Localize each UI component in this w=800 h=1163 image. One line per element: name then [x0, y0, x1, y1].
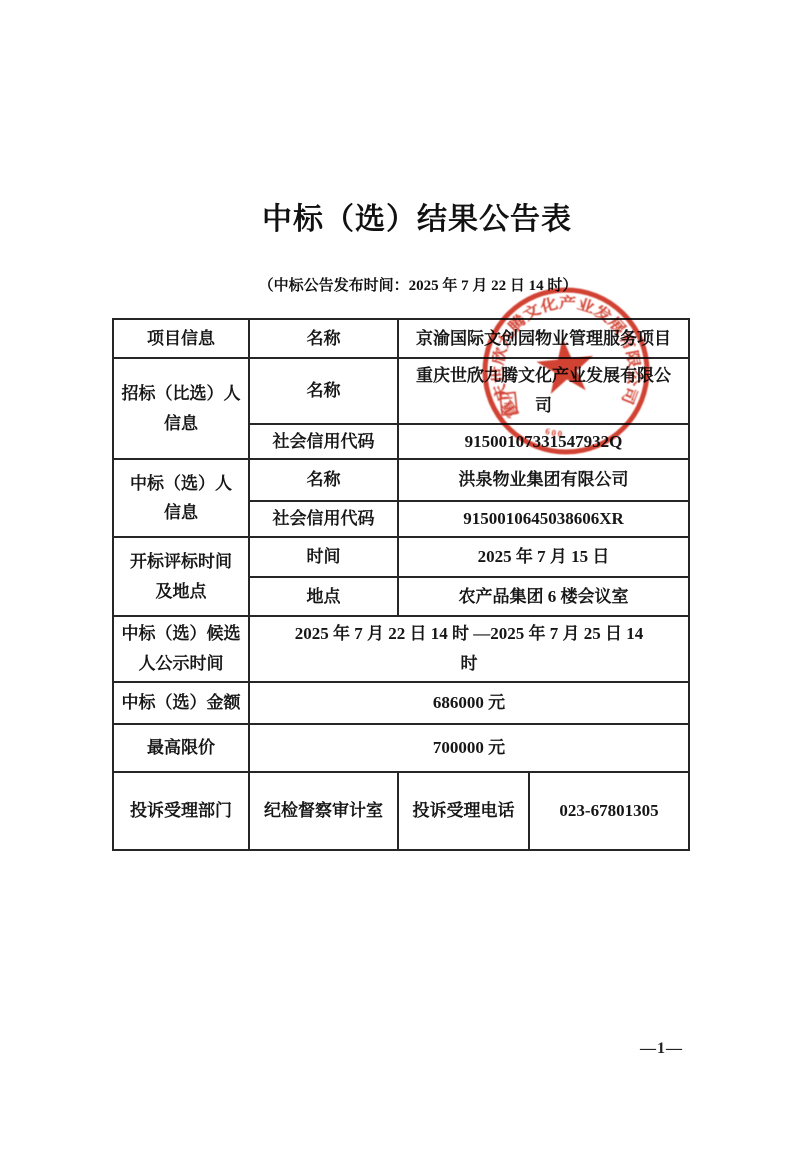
table-row: 开标评标时间 及地点 时间 2025 年 7 月 15 日 — [113, 537, 689, 577]
table-header-cell: 开标评标时间 及地点 — [113, 537, 249, 616]
table-header-cell: 中标（选）人 信息 — [113, 459, 249, 537]
field-value-cell: 700000 元 — [249, 724, 689, 772]
page-number: —1— — [640, 1040, 683, 1058]
table-row: 投诉受理部门 纪检督察审计室 投诉受理电话 023-67801305 — [113, 772, 689, 850]
field-label-cell: 名称 — [249, 319, 398, 358]
header-line: 招标（比选）人 — [122, 384, 241, 403]
header-line: 人公示时间 — [139, 654, 224, 673]
field-label-cell: 时间 — [249, 537, 398, 577]
table-row: 中标（选）候选 人公示时间 2025 年 7 月 22 日 14 时 —2025… — [113, 616, 689, 682]
header-line: 信息 — [164, 503, 198, 522]
header-line: 开标评标时间 — [130, 552, 232, 571]
field-label-cell: 名称 — [249, 459, 398, 501]
table-row: 中标（选）人 信息 名称 洪泉物业集团有限公司 — [113, 459, 689, 501]
value-line: 时 — [461, 654, 478, 673]
field-value-cell: 023-67801305 — [529, 772, 689, 850]
table-header-cell: 项目信息 — [113, 319, 249, 358]
field-label-cell: 名称 — [249, 358, 398, 424]
field-value-cell: 洪泉物业集团有限公司 — [398, 459, 689, 501]
field-value-cell: 9150010645038606XR — [398, 501, 689, 537]
header-line: 及地点 — [156, 582, 207, 601]
company-seal: 重庆世欣九腾文化产业发展有限公司 600 — [471, 276, 660, 465]
header-line: 信息 — [164, 414, 198, 433]
field-value-cell: 686000 元 — [249, 682, 689, 724]
field-label-cell: 投诉受理电话 — [398, 772, 529, 850]
table-header-cell: 投诉受理部门 — [113, 772, 249, 850]
document-subtitle: （中标公告发布时间：2025 年 7 月 22 日 14 时） — [0, 274, 800, 295]
seal-star-icon — [534, 335, 596, 395]
value-line: 2025 年 7 月 22 日 14 时 —2025 年 7 月 25 日 14 — [295, 624, 644, 643]
field-label-cell: 社会信用代码 — [249, 424, 398, 460]
table-header-cell: 中标（选）金额 — [113, 682, 249, 724]
field-value-cell: 2025 年 7 月 15 日 — [398, 537, 689, 577]
field-value-cell: 纪检督察审计室 — [249, 772, 398, 850]
document-title: 中标（选）结果公告表 — [0, 194, 800, 238]
seal-serial-text: 600 — [543, 424, 565, 441]
scanned-document-page: 中标（选）结果公告表 （中标公告发布时间：2025 年 7 月 22 日 14 … — [0, 0, 800, 1163]
table-row: 中标（选）金额 686000 元 — [113, 682, 689, 724]
field-label-cell: 社会信用代码 — [249, 501, 398, 537]
field-value-cell: 农产品集团 6 楼会议室 — [398, 577, 689, 616]
table-header-cell: 招标（比选）人 信息 — [113, 358, 249, 459]
table-header-cell: 最高限价 — [113, 724, 249, 772]
field-label-cell: 地点 — [249, 577, 398, 616]
header-line: 中标（选）人 — [130, 474, 232, 493]
table-header-cell: 中标（选）候选 人公示时间 — [113, 616, 249, 682]
table-row: 最高限价 700000 元 — [113, 724, 689, 772]
field-value-cell: 2025 年 7 月 22 日 14 时 —2025 年 7 月 25 日 14… — [249, 616, 689, 682]
header-line: 中标（选）候选 — [122, 624, 241, 643]
